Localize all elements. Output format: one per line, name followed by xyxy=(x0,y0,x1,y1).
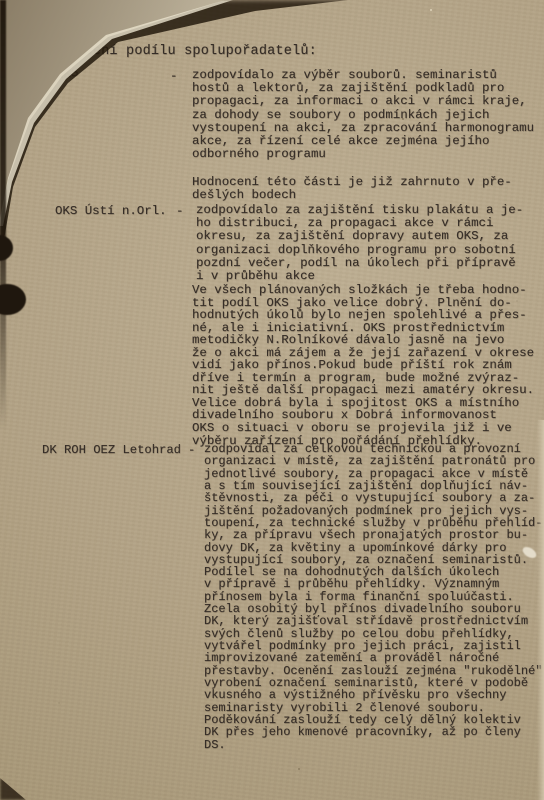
section-label-dk: DK ROH OEZ Letohrad xyxy=(42,443,181,457)
underlying-page-edge xyxy=(537,420,544,800)
section-dash: - xyxy=(176,204,183,218)
paragraph-kks-evaluation: Hodnocení této části je již zahrnuto v p… xyxy=(192,176,512,202)
punch-hole xyxy=(0,284,26,315)
bottom-left-corner-shadow xyxy=(0,778,26,800)
page-left-edge-shadow xyxy=(0,0,6,430)
section-label-oks: OKS Ústí n.Orl. xyxy=(55,204,167,218)
scanned-page: Hodnocení podílu spolupořadatelů: KKS - … xyxy=(0,0,544,800)
punch-hole xyxy=(0,235,13,261)
paragraph-oks-duties: zodpovídalo za zajištění tisku plakátu a… xyxy=(196,204,523,283)
paragraph-dk-duties-evaluation: zodpovídal za celkovou technickou a prov… xyxy=(204,443,542,751)
section-dash: - xyxy=(188,443,195,457)
section-dash: - xyxy=(170,69,177,83)
paragraph-oks-evaluation: Ve všech plánovaných složkách je třeba h… xyxy=(192,284,534,447)
paragraph-kks-duties: zodpovídalo za výběr souborů. seminarist… xyxy=(192,69,534,161)
